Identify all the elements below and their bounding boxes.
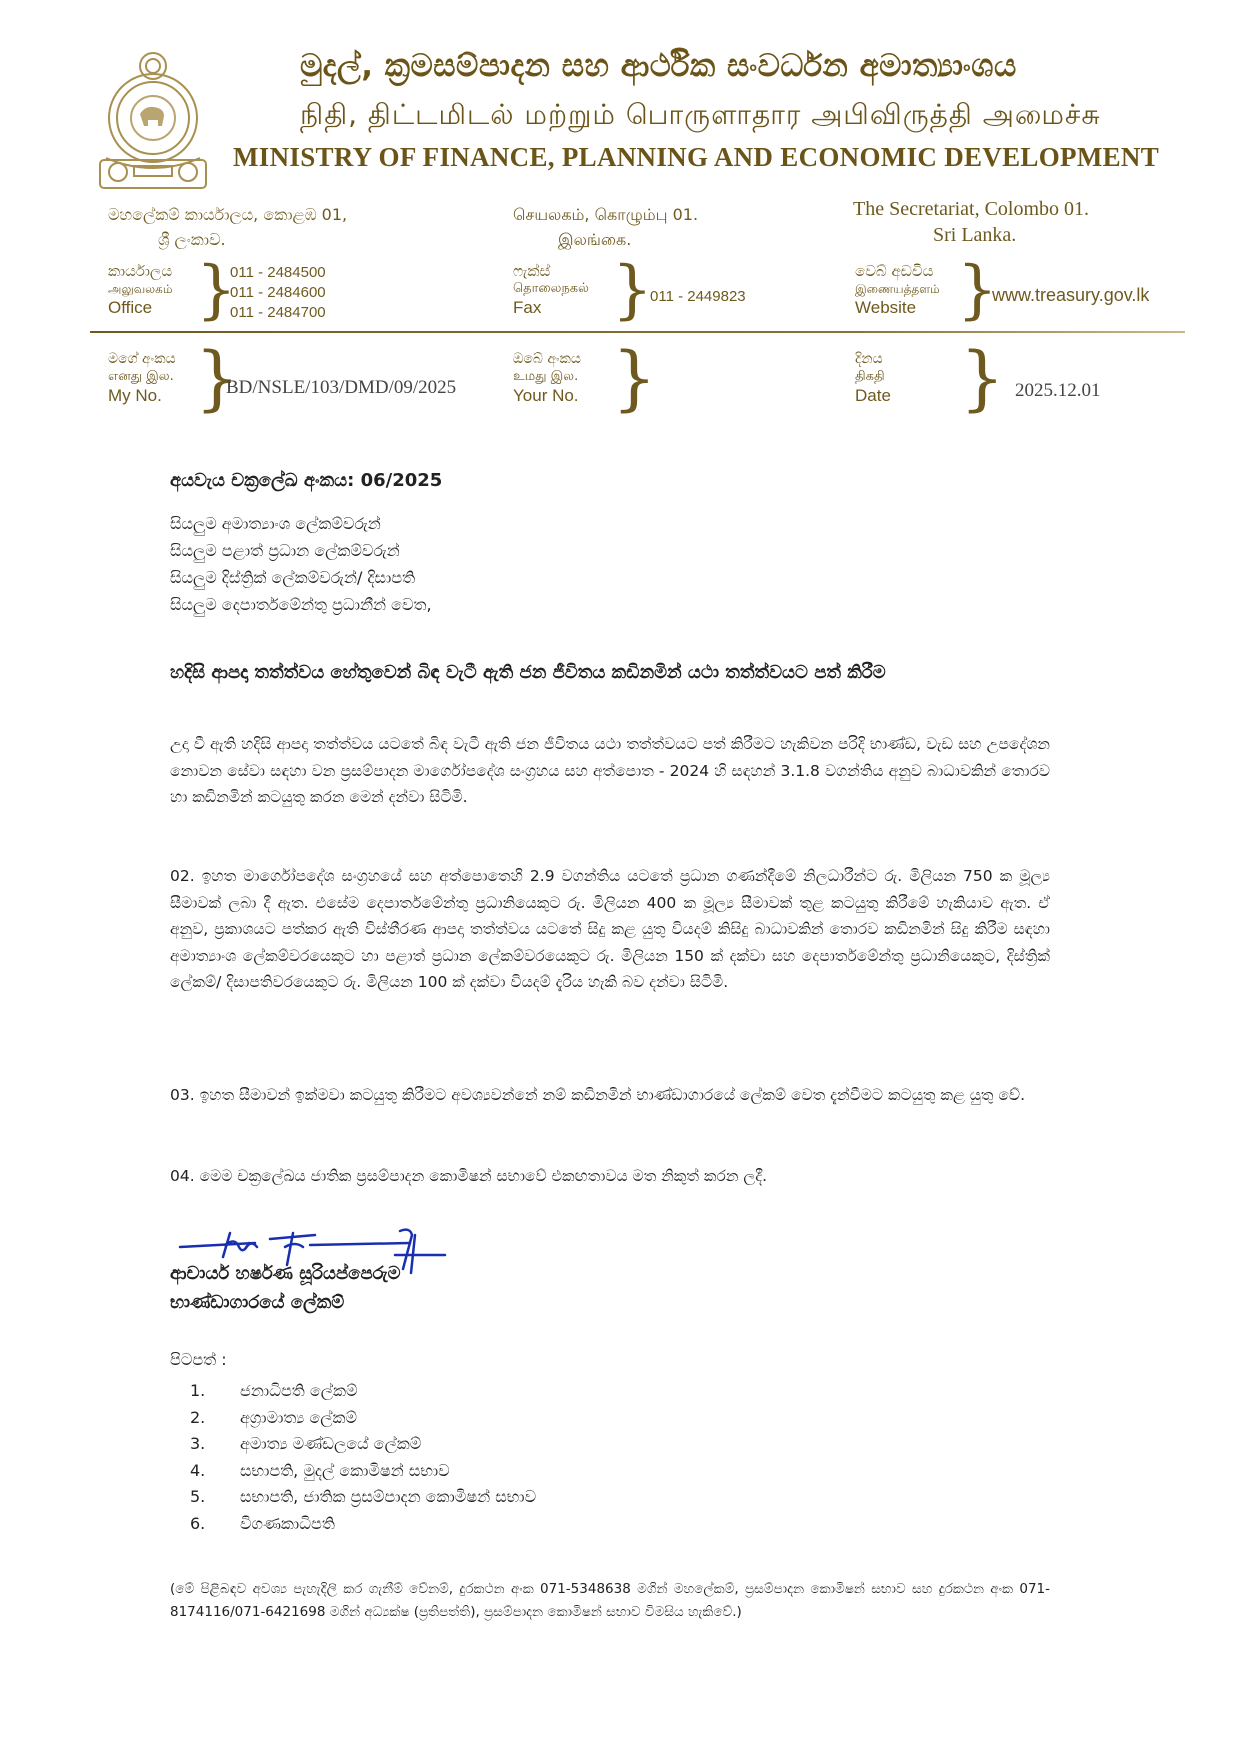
ministry-name-english: MINISTRY OF FINANCE, PLANNING AND ECONOM… (233, 142, 1159, 173)
contact-footnote: (මේ පිළිබඳව අවශ්‍ය පැහැදිලි කර ගැනීම් වේ… (170, 1578, 1050, 1624)
date-label: දිනය திகதி Date (855, 350, 891, 406)
addressee: සියලුම අමාත්‍යාංශ ලේකම්වරුන් (170, 510, 432, 537)
address-tamil-line1: செயலகம், கொழும்பு 01. (513, 205, 698, 226)
office-label: කාර්යාලය அலுவலகம் Office (108, 262, 172, 318)
copy-recipient: 2.අග්‍රාමාත්‍ය ලේකම් (190, 1405, 536, 1432)
signer-title: භාණ්ඩාගාරයේ ලේකම් (170, 1292, 344, 1313)
website-link[interactable]: www.treasury.gov.lk (992, 285, 1149, 305)
letter-subject: හදිසි ආපදා තත්ත්වය හේතුවෙන් බිඳ වැටී ඇති… (170, 658, 1050, 688)
website-label: වෙබ් අඩවිය இணையத்தளம் Website (855, 262, 940, 318)
copies-label: පිටපත් : (170, 1350, 227, 1370)
brace-icon: } (960, 340, 1005, 416)
copy-recipient: 1.ජනාධිපති ලේකම් (190, 1378, 536, 1405)
copy-recipient: 3.අමාත්‍ය මණ්ඩලයේ ලේකම් (190, 1431, 536, 1458)
fax-number: 011 - 2449823 (650, 287, 746, 307)
circular-number: අයවැය චක්‍රලේඛ අංකය: 06/2025 (170, 470, 442, 491)
document-date: 2025.12.01 (1015, 380, 1101, 402)
addressee: සියලුම පළාත් ප්‍රධාන ලේකම්වරුන් (170, 537, 432, 564)
address-sinhala-line2: ශ්‍රී ලංකාව. (158, 230, 226, 250)
addressee: සියලුම දිස්ත්‍රික් ලේකම්වරුන්/ දිසාපති (170, 564, 432, 591)
signer-name: ආචාර්ය හර්ෂණ සූරියප්පෙරුම (170, 1263, 401, 1284)
your-no-label: ඔබේ අංකය உமது இல. Your No. (513, 350, 581, 406)
address-sinhala-line1: මහලේකම් කාර්යාලය, කොළඹ 01, (108, 205, 347, 225)
my-no-label: මගේ අංකය எனது இல. My No. (108, 350, 176, 406)
copy-recipient: 5.සභාපති, ජාතික ප්‍රසම්පාදන කොමිෂන් සභාව (190, 1484, 536, 1511)
header-divider (90, 331, 1185, 333)
paragraph-4: 04. මෙම චක්‍රලේඛය ජාතික ප්‍රසම්පාදන කොමි… (170, 1163, 1050, 1190)
paragraph-1: උදා වී ඇති හදිසි ආපදා තත්ත්වය යටතේ බිඳ ව… (170, 731, 1050, 811)
brace-icon: } (612, 255, 653, 325)
address-english-line2: Sri Lanka. (933, 224, 1016, 247)
addressee-list: සියලුම අමාත්‍යාංශ ලේකම්වරුන් සියලුම පළාත… (170, 510, 432, 618)
fax-label: ෆැක්ස් தொலைநகல் Fax (513, 262, 589, 318)
ministry-name-tamil: நிதி, திட்டமிடல் மற்றும் பொருளாதார அபிவி… (300, 98, 1101, 135)
ministry-name-sinhala: මුදල්, ක්‍රමසම්පාදන සහ ආර්ථික සංවර්ධන අම… (300, 48, 1017, 85)
brace-icon: } (612, 340, 657, 416)
addressee: සියලුම දෙපාර්තමේන්තු ප්‍රධානීන් වෙත, (170, 591, 432, 618)
address-english-line1: The Secretariat, Colombo 01. (853, 198, 1089, 221)
address-tamil-line2: இலங்கை. (558, 230, 631, 251)
copy-recipient: 4.සභාපති, මුදල් කොමිෂන් සභාව (190, 1458, 536, 1485)
copies-list: 1.ජනාධිපති ලේකම් 2.අග්‍රාමාත්‍ය ලේකම් 3.… (190, 1378, 536, 1537)
paragraph-2: 02. ඉහත මාර්ගෝපදේශ සංග්‍රහයේ සහ අත්පොතෙහ… (170, 863, 1050, 996)
office-phone-numbers: 011 - 2484500 011 - 2484600 011 - 248470… (230, 263, 326, 323)
sri-lanka-emblem-icon (92, 48, 214, 193)
my-reference-number: BD/NSLE/103/DMD/09/2025 (226, 377, 456, 399)
copy-recipient: 6.විගණකාධිපති (190, 1511, 536, 1538)
paragraph-3: 03. ඉහත සීමාවන් ඉක්මවා කටයුතු කිරීමට අවශ… (170, 1082, 1050, 1109)
